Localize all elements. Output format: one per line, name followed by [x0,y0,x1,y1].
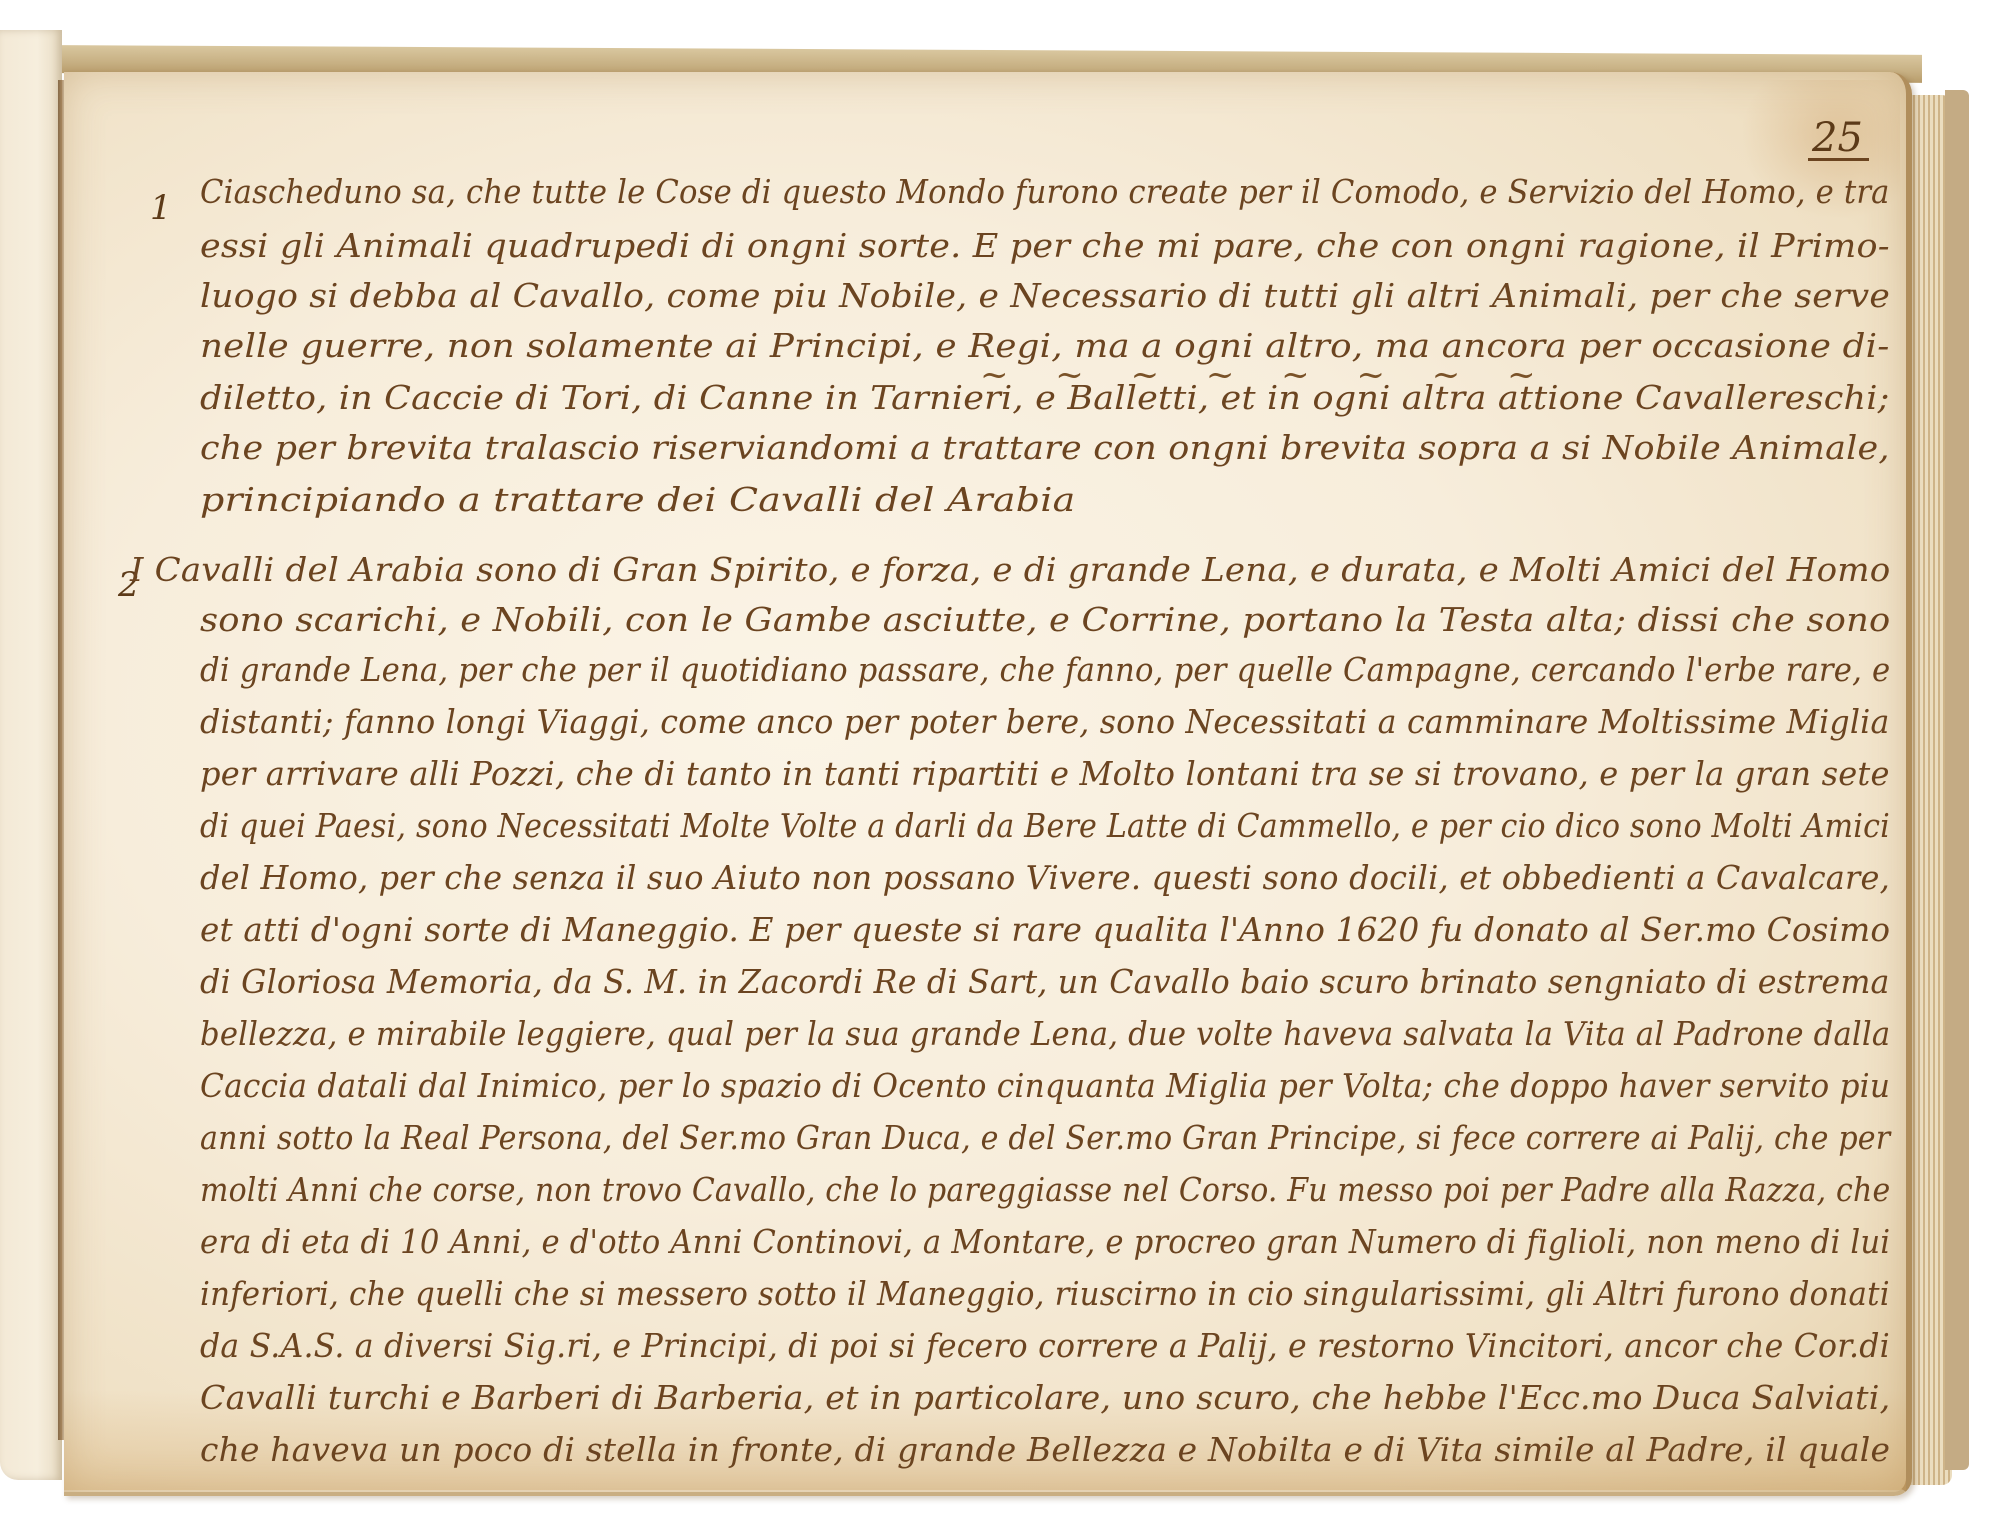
text-line: sono scarichi, e Nobili, con le Gambe as… [200,600,1890,640]
text-line: Ciascheduno sa, che tutte le Cose di que… [200,172,1890,212]
folio-number: 25 [1808,118,1869,161]
paragraph-number: 1 [150,188,172,228]
text-line: per arrivare alli Pozzi, che di tanto in… [200,754,1890,794]
left-facing-page [0,30,62,1480]
text-line: luogo si debba al Cavallo, come piu Nobi… [200,276,1890,316]
text-line: Cavalli turchi e Barberi di Barberia, et… [200,1378,1890,1418]
decorative-flourish: ~ ~ ~ ~ ~ ~ ~ ~ [980,355,1900,395]
text-line: era di eta di 10 Anni, e d'otto Anni Con… [200,1222,1890,1262]
text-line: molti Anni che corse, non trovo Cavallo,… [200,1170,1890,1210]
text-line: di quei Paesi, sono Necessitati Molte Vo… [200,806,1890,846]
text-line: inferiori, che quelli che si messero sot… [200,1274,1890,1314]
text-line: da S.A.S. a diversi Sig.ri, e Principi, … [200,1326,1890,1366]
text-line: principiando a trattare dei Cavalli del … [200,480,1076,520]
text-line: anni sotto la Real Persona, del Ser.mo G… [200,1118,1890,1158]
text-line: che haveva un poco di stella in fronte, … [200,1430,1890,1470]
text-line: che per brevita tralascio riserviandomi … [200,428,1890,468]
text-line: bellezza, e mirabile leggiere, qual per … [200,1014,1890,1054]
text-line: del Homo, per che senza il suo Aiuto non… [200,858,1890,898]
text-line: distanti; fanno longi Viaggi, come anco … [200,702,1890,742]
text-line: essi gli Animali quadrupedi di ongni sor… [200,226,1890,266]
text-line: Caccia datali dal Inimico, per lo spazio… [200,1066,1890,1106]
text-line: di Gloriosa Memoria, da S. M. in Zacordi… [200,962,1890,1002]
text-line: di grande Lena, per che per il quotidian… [200,650,1890,690]
right-board-edge [1945,90,1969,1470]
text-line: I Cavalli del Arabia sono di Gran Spirit… [130,550,1890,590]
text-line: et atti d'ogni sorte di Maneggio. E per … [200,910,1890,950]
manuscript-book: 25 1 2 Ciascheduno sa, che tutte le Cose… [0,0,2000,1517]
